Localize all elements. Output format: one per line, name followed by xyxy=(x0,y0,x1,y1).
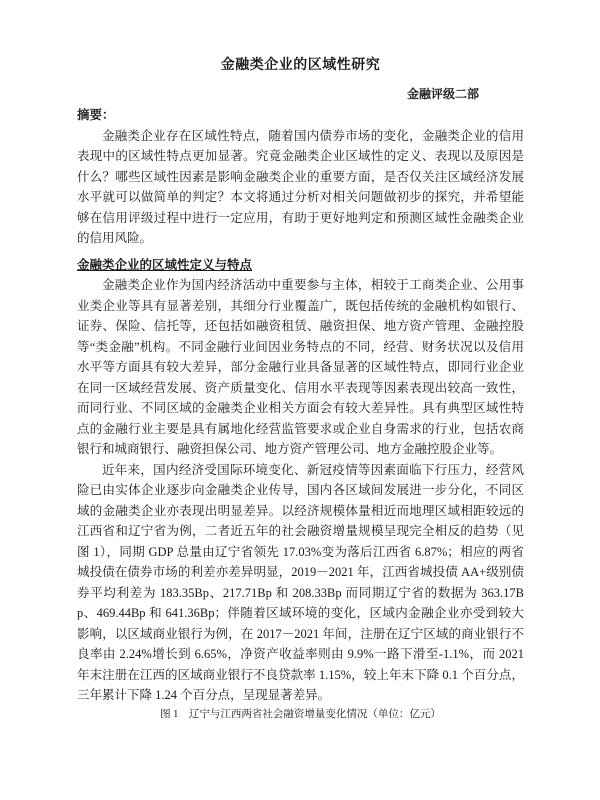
document-title: 金融类企业的区域性研究 xyxy=(77,56,524,76)
figure-caption: 图 1 辽宁与江西两省社会融资增量变化情况（单位：亿元） xyxy=(77,708,524,722)
section-paragraph-2: 近年来，国内经济受国际环境变化、新冠疫情等因素面临下行压力，经营风险已由实体企业… xyxy=(77,460,524,706)
abstract-text: 金融类企业存在区域性特点，随着国内债券市场的变化，金融类企业的信用表现中的区域性… xyxy=(77,126,524,249)
author-department: 金融评级二部 xyxy=(77,86,524,102)
abstract-label: 摘要： xyxy=(77,105,524,126)
document-page: 金融类企业的区域性研究 金融评级二部 摘要： 金融类企业存在区域性特点，随着国内… xyxy=(0,0,600,800)
section-paragraph-1: 金融类企业作为国内经济活动中重要参与主体，相较于工商类企业、公用事业类企业等具有… xyxy=(77,275,524,460)
section-heading: 金融类企业的区域性定义与特点 xyxy=(77,255,524,276)
